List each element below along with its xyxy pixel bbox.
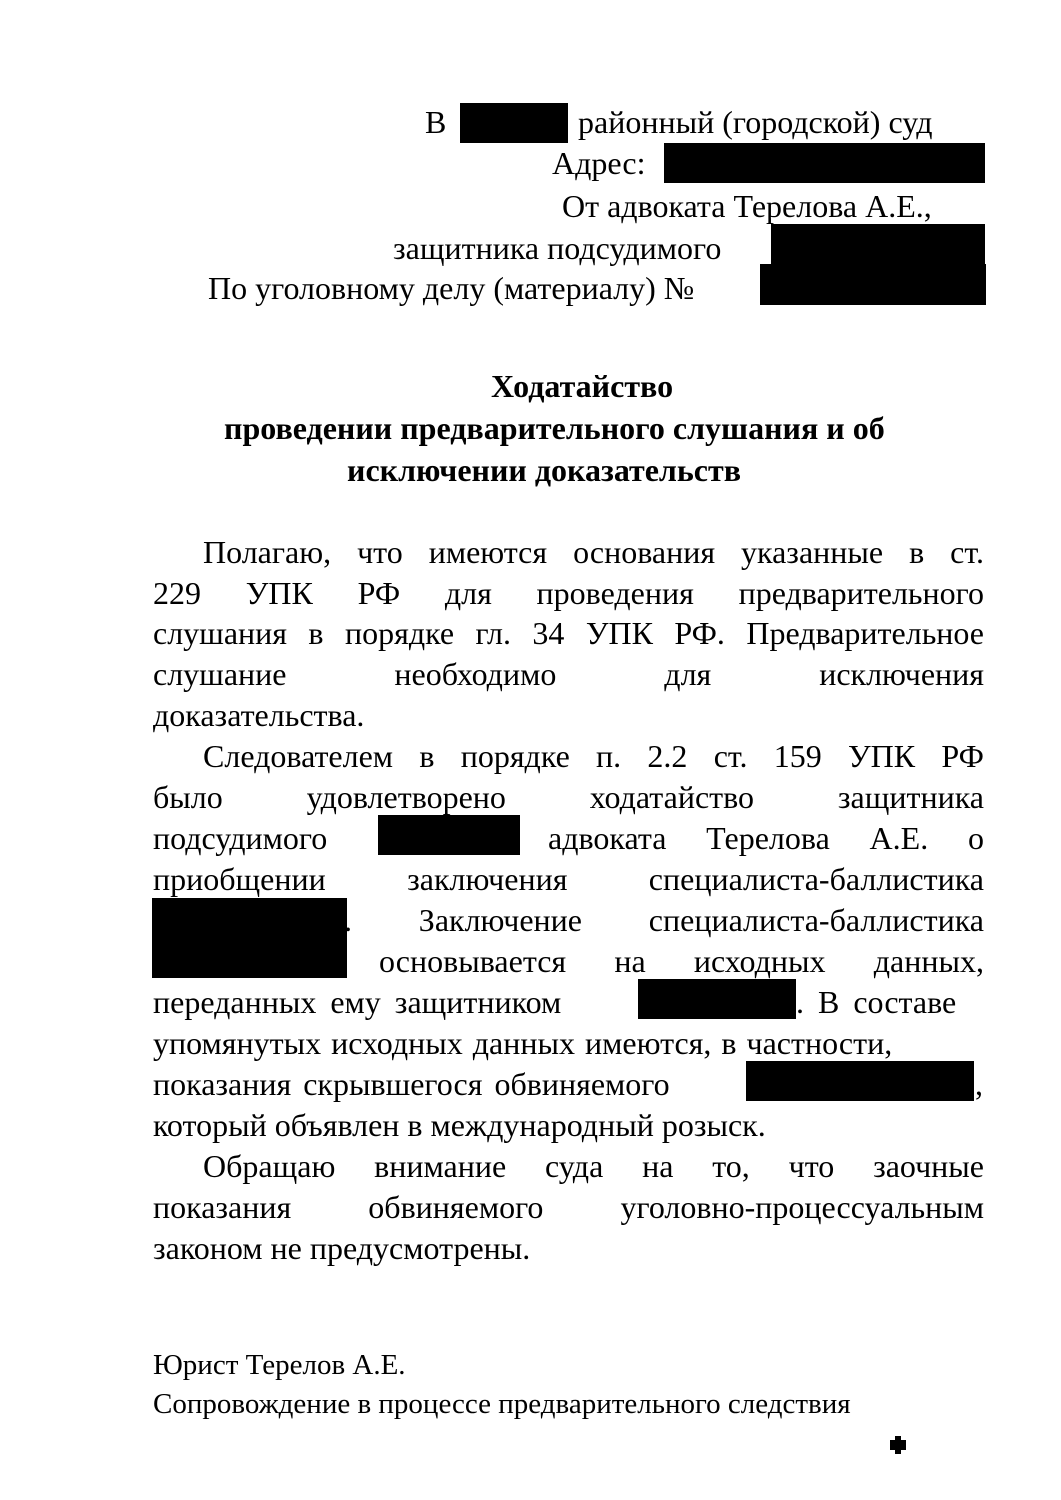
p1-line-5: доказательства. [153,695,364,735]
word: исходных [694,941,826,981]
redaction-accused-name [746,1061,974,1101]
p3-line-1: Обращаювниманиесуданато,чтозаочные [203,1146,984,1186]
word: порядке [461,736,570,776]
p2-line-6: основываетсянаисходныхданных, [379,941,984,981]
word: в [419,736,434,776]
word: Терелова [706,818,830,858]
redaction-defendant-name-2 [378,815,520,855]
p2-line-10: который объявлен в международный розыск. [153,1105,766,1145]
court-suffix: районный (городской) суд [578,102,933,142]
word: УПК [586,613,653,653]
redaction-defendant-name [771,224,985,266]
address-label: Адрес: [552,143,645,183]
court-line: В [425,102,446,142]
p1-line-1: Полагаю,чтоимеютсяоснованияуказанныевст. [203,532,984,572]
p2-line-9: показания скрывшегося обвиняемого [153,1064,670,1104]
word: исключения [819,654,984,694]
word: УПК [246,573,313,613]
word: 2.2 [647,736,687,776]
word: на [642,1146,673,1186]
word: ходатайство [590,777,754,817]
word: внимание [374,1146,506,1186]
redaction-specialist-name [152,898,347,978]
p1-line-3: слушаниявпорядкегл.34УПКРФ.Предварительн… [153,613,984,653]
p2-line-1: Следователемвпорядкеп.2.2ст.159УПКРФ [203,736,984,776]
word: что [789,1146,835,1186]
p2-line-2: былоудовлетвореноходатайствозащитника [153,777,984,817]
word: Полагаю, [203,532,331,572]
p2-line-8: упомянутых исходных данных имеются, в ча… [153,1023,892,1063]
redaction-court-name [460,103,568,143]
service-description: Сопровождение в процессе предварительног… [153,1384,851,1424]
word: в [909,532,924,572]
p3-line-2: показанияобвиняемогоуголовно-процессуаль… [153,1187,984,1227]
redaction-case-number [760,264,986,305]
cross-mark-icon [890,1436,906,1454]
word: показания [153,1187,291,1227]
p2-line-7a: переданных ему защитником [153,982,561,1022]
word: . [344,900,352,940]
p2-line-7b: . В составе [796,982,956,1022]
word: имеются [429,532,547,572]
word: слушания [153,613,287,653]
p1-line-4: слушаниенеобходимодляисключения [153,654,984,694]
title-line-3: исключении доказательств [347,450,741,490]
redaction-address [664,143,985,183]
word: специалиста-баллистика [649,859,984,899]
p2-line-3a: подсудимого [153,818,327,858]
word: приобщении [153,859,326,899]
word: удовлетворено [307,777,506,817]
word: УПК [848,736,915,776]
p1-line-2: 229УПКРФдляпроведенияпредварительного [153,573,984,613]
title-line-2: проведении предварительного слушания и о… [224,408,885,448]
word: суда [545,1146,603,1186]
word: А.Е. [870,818,929,858]
word: то, [712,1146,750,1186]
word: порядке [345,613,454,653]
word: о [968,818,984,858]
word: Следователем [203,736,393,776]
word: адвоката [548,818,666,858]
word: что [357,532,403,572]
p2-line-4: приобщениизаключенияспециалиста-баллисти… [153,859,984,899]
word: было [153,777,223,817]
title-line-1: Ходатайство [491,366,673,406]
word: гл. [475,613,510,653]
word: слушание [153,654,286,694]
p3-line-3: законом не предусмотрены. [153,1228,530,1268]
word: заключения [407,859,567,899]
word: Обращаю [203,1146,335,1186]
word: для [445,573,492,613]
word: Предварительное [746,613,984,653]
word: основания [573,532,715,572]
word: на [614,941,645,981]
word: основывается [379,941,566,981]
word: 34 [532,613,564,653]
word: для [664,654,711,694]
word: РФ [941,736,984,776]
case-number-label: По уголовному делу (материалу) № [208,268,694,308]
word: предварительного [739,573,984,613]
word: РФ [358,573,401,613]
defender-of-label: защитника подсудимого [393,228,721,268]
word: необходимо [394,654,556,694]
redaction-defender-name [638,979,796,1019]
word: заочные [873,1146,984,1186]
word: уголовно-процессуальным [621,1187,985,1227]
word: 229 [153,573,201,613]
word: проведения [537,573,694,613]
word: ст. [950,532,984,572]
word: 159 [774,736,822,776]
word: данных, [874,941,984,981]
word: п. [596,736,621,776]
p2-line-5: .Заключениеспециалиста-баллистика [344,900,984,940]
word: специалиста-баллистика [649,900,984,940]
from-attorney: От адвоката Терелова А.Е., [562,186,932,226]
word: обвиняемого [368,1187,543,1227]
court-prefix: В [425,104,446,140]
p2-line-3b: адвокатаТереловаА.Е.о [548,818,984,858]
word: РФ. [674,613,725,653]
word: указанные [741,532,883,572]
word: Заключение [419,900,582,940]
p2-line-9-end: , [975,1064,983,1104]
word: ст. [714,736,748,776]
word: в [308,613,323,653]
word: защитника [838,777,984,817]
signature: Юрист Терелов А.Е. [153,1345,406,1385]
